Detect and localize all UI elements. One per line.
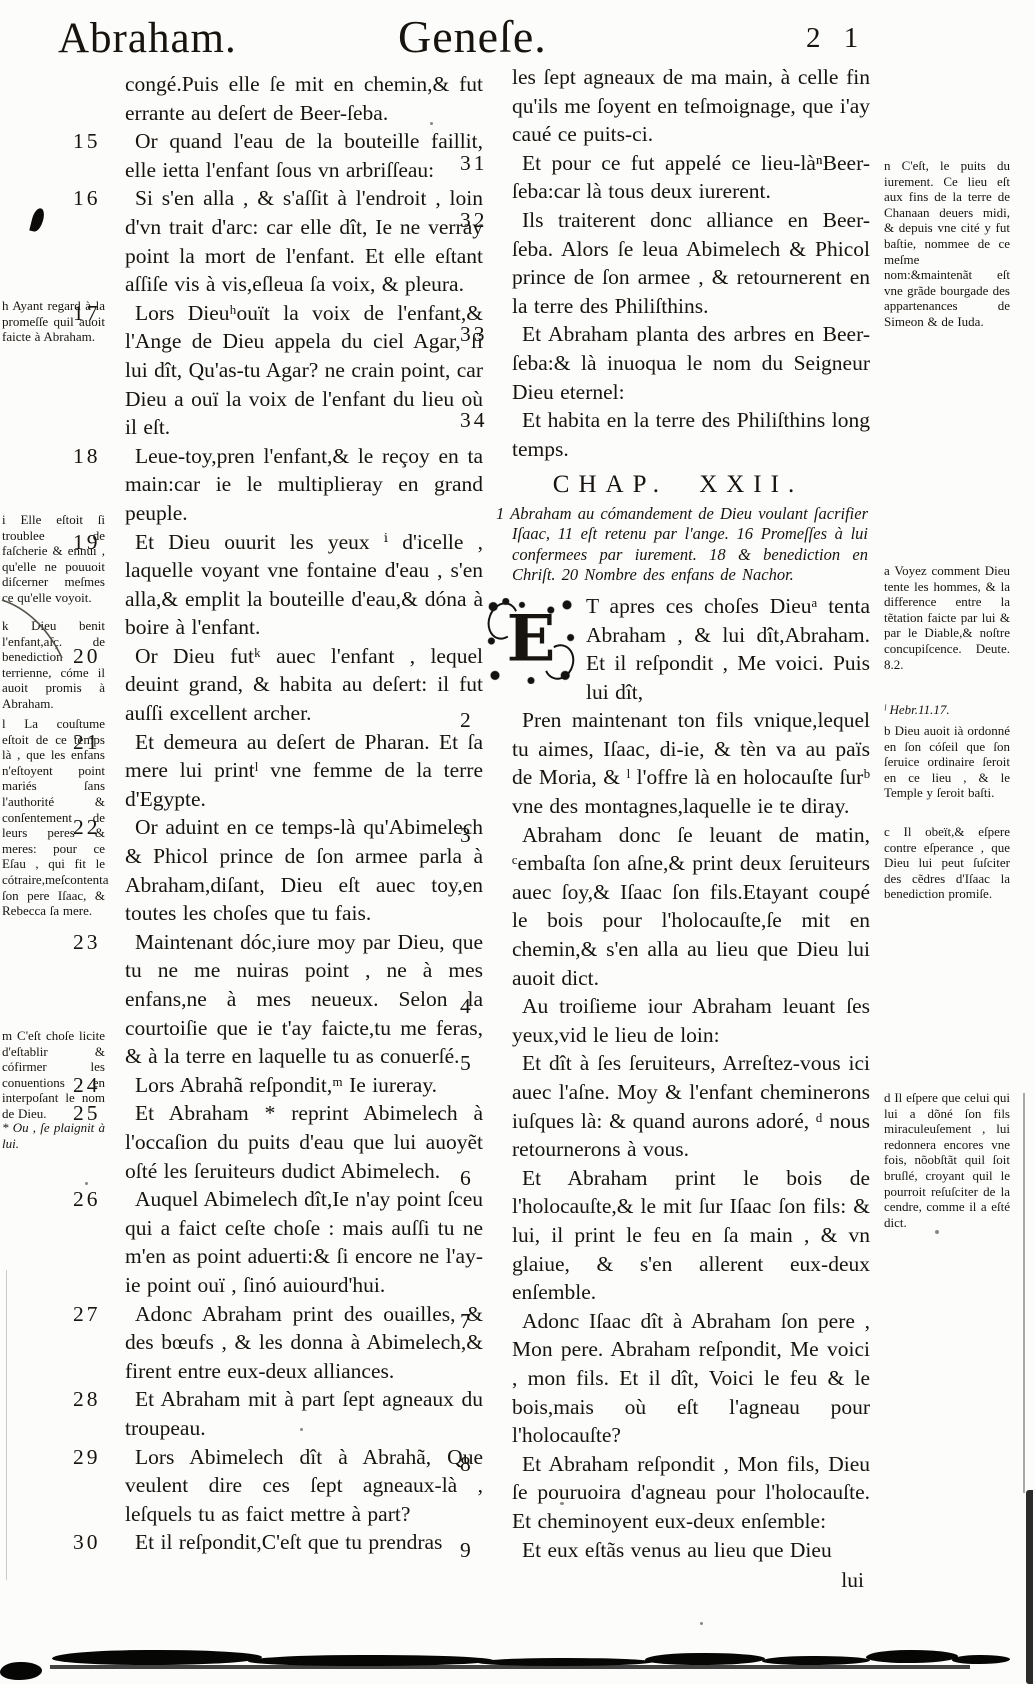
verse-paragraph: 28Et Abraham mit à part ſept agneaux du … bbox=[99, 1385, 483, 1442]
verse-number: 26 bbox=[99, 1185, 135, 1214]
running-title: Abraham. bbox=[58, 14, 237, 63]
margin-note-c: c Il obeït,& eſpere contre eſperance , q… bbox=[884, 824, 1010, 902]
scan-smudge bbox=[952, 1655, 1010, 1664]
verse-number: 9 bbox=[486, 1536, 522, 1565]
verse-number: 6 bbox=[486, 1164, 522, 1193]
text-column-right: les ſept agneaux de ma main, à celle fin… bbox=[486, 63, 870, 1595]
verse-text: Adonc Iſaac dît à Abraham ſon pere , Mon… bbox=[512, 1309, 870, 1447]
verse-text: Au troiſieme iour Abraham leuant ſes yeu… bbox=[512, 994, 870, 1047]
verse-paragraph: 22Or aduint en ce temps-là qu'Abimelech … bbox=[99, 813, 483, 927]
printer-comma-mark-icon bbox=[29, 207, 45, 233]
verse-paragraph: 24Lors Abrahã reſpondit,ᵐ Ie iureray. bbox=[99, 1071, 483, 1100]
scan-smudge bbox=[866, 1650, 958, 1663]
verse-text: Et Dieu ouurit les yeux ⁱ d'icelle , laq… bbox=[125, 530, 483, 640]
verse-text: Et Abraham * reprint Abimelech à l'occaſ… bbox=[125, 1101, 483, 1182]
verse-paragraph: 25Et Abraham * reprint Abimelech à l'occ… bbox=[99, 1099, 483, 1185]
verse-paragraph: 2Pren maintenant ton fils vnique,lequel … bbox=[486, 706, 870, 820]
speckle bbox=[700, 1622, 703, 1625]
margin-note-a: a Voyez comment Dieu tente les hommes, &… bbox=[884, 563, 1010, 672]
verse-text: congé.Puis elle ſe mit en chemin,& fut e… bbox=[125, 72, 483, 125]
verse-text: Et Abraham mit à part ſept agneaux du tr… bbox=[125, 1387, 483, 1440]
scan-smudge bbox=[762, 1656, 870, 1665]
verse-number: 2 bbox=[486, 706, 522, 735]
verse-text: les ſept agneaux de ma main, à celle fin… bbox=[512, 65, 870, 146]
verse-text: Or quand l'eau de la bouteille faillit, … bbox=[125, 129, 483, 182]
margin-note-h: h Ayant regard à la promeſſe quil auoit … bbox=[2, 298, 105, 345]
verse-number: 5 bbox=[486, 1049, 522, 1078]
verse-text: Leue-toy,pren l'enfant,& le reçoy en ta … bbox=[125, 444, 483, 525]
verse-text: Et habita en la terre des Philiſthins lo… bbox=[512, 408, 870, 461]
verse-paragraph: 31Et pour ce fut appelé ce lieu-làⁿBeer-… bbox=[486, 149, 870, 206]
verse-text: Or aduint en ce temps-là qu'Abimelech & … bbox=[125, 815, 483, 925]
verse-text: Et Abraham planta des arbres en Beer-ſeb… bbox=[512, 322, 870, 403]
scan-smudge bbox=[645, 1653, 765, 1665]
verse-text: Lors Dieuʰouït la voix de l'enfant,& l'A… bbox=[125, 301, 483, 439]
drop-cap-initial: E bbox=[486, 598, 576, 684]
verse-paragraph: 20Or Dieu futᵏ auec l'enfant , lequel de… bbox=[99, 642, 483, 728]
verse-number: 27 bbox=[99, 1300, 135, 1329]
verse-paragraph: 19Et Dieu ouurit les yeux ⁱ d'icelle , l… bbox=[99, 528, 483, 642]
verse-text: T apres ces choſes Dieuᵃ tenta Abraham ,… bbox=[586, 594, 870, 704]
verse-paragraph-with-dropcap: E T apres ces choſes Dieuᵃ tenta Abraham… bbox=[486, 592, 870, 706]
verse-number: 23 bbox=[99, 928, 135, 957]
scan-smudge bbox=[52, 1650, 262, 1665]
verse-paragraph: 6Et Abraham print le bois de l'holocauſt… bbox=[486, 1164, 870, 1307]
verse-paragraph: 32Ils traiterent donc alliance en Beer-ſ… bbox=[486, 206, 870, 320]
speckle bbox=[560, 1502, 564, 1505]
drop-cap-letter: E bbox=[507, 625, 556, 654]
verse-paragraph: les ſept agneaux de ma main, à celle fin… bbox=[486, 63, 870, 149]
scan-fold-line bbox=[6, 1270, 7, 1580]
verse-text: Et pour ce fut appelé ce lieu-làⁿBeer-ſe… bbox=[512, 151, 870, 204]
book-title: Geneſe. bbox=[398, 10, 547, 63]
verse-text: Lors Abimelech dît à Abrahã, Que veulent… bbox=[125, 1445, 483, 1526]
scan-edge-line bbox=[1023, 1093, 1025, 1493]
page-number: 2 1 bbox=[806, 22, 866, 55]
scan-edge-band bbox=[50, 1665, 970, 1669]
speckle bbox=[85, 1182, 88, 1185]
verse-paragraph: 8Et Abraham reſpondit , Mon fils, Dieu ſ… bbox=[486, 1450, 870, 1536]
verse-number: 8 bbox=[486, 1450, 522, 1479]
margin-note-alt-reading: * Ou , ſe plaignit à lui. bbox=[2, 1120, 105, 1151]
margin-note-m: m C'eſt choſe licite d'eſtablir & cófirm… bbox=[2, 1028, 105, 1122]
verse-paragraph: 23Maintenant dóc,iure moy par Dieu, que … bbox=[99, 928, 483, 1071]
speckle bbox=[300, 1428, 303, 1431]
verse-text: Ils traiterent donc alliance en Beer-ſeb… bbox=[512, 208, 870, 318]
verse-text: Et eux eſtãs venus au lieu que Dieu bbox=[522, 1538, 832, 1562]
chapter-argument: 1 Abraham au cómandement de Dieu voulant… bbox=[496, 504, 868, 586]
verse-paragraph: 21Et demeura au deſert de Pharan. Et ſa … bbox=[99, 728, 483, 814]
text-column-left: congé.Puis elle ſe mit en chemin,& fut e… bbox=[99, 70, 483, 1557]
verse-number: 29 bbox=[99, 1443, 135, 1472]
scan-edge-shadow bbox=[1026, 1490, 1033, 1684]
verse-paragraph: 16Si s'en alla , & s'aſſit à l'endroit ,… bbox=[99, 184, 483, 298]
verse-paragraph: 17Lors Dieuʰouït la voix de l'enfant,& l… bbox=[99, 299, 483, 442]
verse-paragraph: 9Et eux eſtãs venus au lieu que Dieu bbox=[486, 1536, 870, 1565]
verse-paragraph: 7Adonc Iſaac dît à Abraham ſon pere , Mo… bbox=[486, 1307, 870, 1450]
verse-number: 15 bbox=[99, 127, 135, 156]
margin-note-b: b Dieu auoit ià ordonné en ſon cóſeil qu… bbox=[884, 723, 1010, 801]
chapter-heading: CHAP. XXII. bbox=[486, 471, 870, 500]
scan-corner-blot bbox=[0, 1662, 42, 1680]
verse-text: Et Abraham reſpondit , Mon fils, Dieu ſe… bbox=[512, 1452, 870, 1533]
verse-number: 28 bbox=[99, 1385, 135, 1414]
margin-note-d: d Il eſpere que celui qui lui a dõné ſon… bbox=[884, 1090, 1010, 1230]
verse-number: 34 bbox=[486, 406, 522, 435]
verse-paragraph: congé.Puis elle ſe mit en chemin,& fut e… bbox=[99, 70, 483, 127]
verse-paragraph: 33Et Abraham planta des arbres en Beer-ſ… bbox=[486, 320, 870, 406]
verse-text: Auquel Abimelech dît,Ie n'ay point ſceu … bbox=[125, 1187, 483, 1297]
verse-text: Lors Abrahã reſpondit,ᵐ Ie iureray. bbox=[135, 1073, 437, 1097]
verse-text: Et Abraham print le bois de l'holocauſte… bbox=[512, 1166, 870, 1304]
pen-stroke-artifact bbox=[0, 592, 72, 664]
speckle bbox=[935, 1230, 939, 1234]
verse-text: Adonc Abraham print des ouailles, & des … bbox=[125, 1302, 483, 1383]
verse-number: 31 bbox=[486, 149, 522, 178]
verse-text: Et il reſpondit,C'eſt que tu prendras bbox=[135, 1530, 442, 1554]
verse-paragraph: 18Leue-toy,pren l'enfant,& le reçoy en t… bbox=[99, 442, 483, 528]
verse-number: 32 bbox=[486, 206, 522, 235]
margin-note-crossref-hebr: ˡ Hebr.11.17. bbox=[884, 702, 1010, 718]
verse-paragraph: 5Et dît à ſes ſeruiteurs, Arreſtez-vous … bbox=[486, 1049, 870, 1163]
catchword: lui bbox=[486, 1566, 870, 1595]
verse-number: 30 bbox=[99, 1528, 135, 1557]
verse-paragraph: 29Lors Abimelech dît à Abrahã, Que veule… bbox=[99, 1443, 483, 1529]
verse-paragraph: 3Abraham donc ſe leuant de matin, ᶜembaſ… bbox=[486, 821, 870, 993]
verse-number: 16 bbox=[99, 184, 135, 213]
margin-note-n: n C'eſt, le puits du iurement. Ce lieu e… bbox=[884, 158, 1010, 330]
verse-text: Or Dieu futᵏ auec l'enfant , lequel deui… bbox=[125, 644, 483, 725]
verse-paragraph: 27Adonc Abraham print des ouailles, & de… bbox=[99, 1300, 483, 1386]
scanned-bible-page: { "header": { "running_title": "Abraham.… bbox=[0, 0, 1035, 1684]
verse-text: Si s'en alla , & s'aſſit à l'endroit , l… bbox=[125, 186, 483, 296]
verse-paragraph: 26Auquel Abimelech dît,Ie n'ay point ſce… bbox=[99, 1185, 483, 1299]
verse-number: 3 bbox=[486, 821, 522, 850]
verse-paragraph: 30Et il reſpondit,C'eſt que tu prendras bbox=[99, 1528, 483, 1557]
margin-note-l: l La couſtume eſtoit de ce temps là , qu… bbox=[2, 716, 105, 919]
verse-number: 33 bbox=[486, 320, 522, 349]
verse-number: 4 bbox=[486, 992, 522, 1021]
verse-paragraph: 15Or quand l'eau de la bouteille faillit… bbox=[99, 127, 483, 184]
verse-text: Maintenant dóc,iure moy par Dieu, que tu… bbox=[125, 930, 483, 1068]
verse-text: Pren maintenant ton fils vnique,lequel t… bbox=[512, 708, 870, 818]
speckle bbox=[430, 122, 433, 125]
verse-text: Abraham donc ſe leuant de matin, ᶜembaſt… bbox=[512, 823, 870, 990]
verse-paragraph: 4Au troiſieme iour Abraham leuant ſes ye… bbox=[486, 992, 870, 1049]
verse-text: Et demeura au deſert de Pharan. Et ſa me… bbox=[125, 730, 483, 811]
verse-paragraph: 34Et habita en la terre des Philiſthins … bbox=[486, 406, 870, 463]
verse-number: 7 bbox=[486, 1307, 522, 1336]
verse-text: Et dît à ſes ſeruiteurs, Arreſtez-vous i… bbox=[512, 1051, 870, 1161]
verse-number: 18 bbox=[99, 442, 135, 471]
